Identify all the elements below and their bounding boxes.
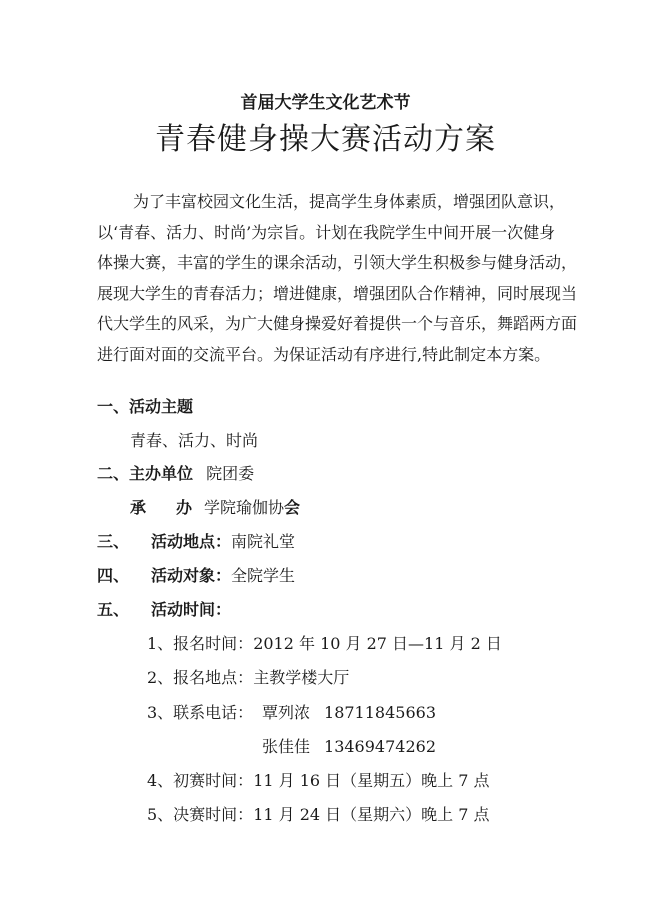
section-heading: 活动时间： xyxy=(151,600,231,619)
co-organizer-label-2: 办 xyxy=(176,498,192,517)
time-item-contact: 3、联系电话： xyxy=(147,702,253,724)
time-item-registration-time: 1、报名时间：2012 年 10 月 27 日—11 月 2 日 xyxy=(147,633,502,655)
intro-line: 为了丰富校园文化生活，提高学生身体素质，增强团队意识， xyxy=(97,187,567,218)
contact-phone: 13469474262 xyxy=(324,737,436,756)
venue-value: 南院礼堂 xyxy=(231,532,295,551)
contact-phone: 18711845663 xyxy=(324,703,436,722)
section-venue: 三、活动地点：南院礼堂 xyxy=(97,531,295,553)
section-time: 五、活动时间： xyxy=(97,599,231,621)
section-heading: 活动地点： xyxy=(151,532,231,551)
section-number: 二、 xyxy=(97,464,129,483)
intro-line: 以‘青春、活力、时尚’为宗旨。计划在我院学生中间开展一次健身 xyxy=(97,218,567,249)
item-label: 5、决赛时间： xyxy=(147,805,253,824)
co-organizer-value-last: 会 xyxy=(284,498,300,517)
section-number: 三、 xyxy=(97,532,129,551)
section-number: 五、 xyxy=(97,600,129,619)
section-theme-content: 青春、活力、时尚 xyxy=(130,430,258,452)
co-organizer-label-1: 承 xyxy=(130,498,146,517)
document-subtitle: 首届大学生文化艺术节 xyxy=(0,88,651,113)
item-label: 2、报名地点： xyxy=(147,668,253,687)
item-label: 4、初赛时间： xyxy=(147,771,253,790)
contact-name: 覃列浓 xyxy=(262,703,310,722)
time-item-final: 5、决赛时间：11 月 24 日（星期六）晚上 7 点 xyxy=(147,804,490,826)
contact-name: 张佳佳 xyxy=(262,737,310,756)
item-label: 1、报名时间： xyxy=(147,634,253,653)
section-organizer: 二、主办单位 院团委 xyxy=(97,463,254,485)
item-value: 11 月 24 日（星期六）晚上 7 点 xyxy=(253,805,489,824)
item-value: 2012 年 10 月 27 日—11 月 2 日 xyxy=(253,634,502,653)
time-item-registration-place: 2、报名地点：主教学楼大厅 xyxy=(147,667,349,689)
intro-line: 进行面对面的交流平台。为保证活动有序进行,特此制定本方案。 xyxy=(97,340,567,371)
intro-line: 体操大赛，丰富的学生的课余活动，引领大学生积极参与健身活动， xyxy=(97,248,567,279)
organizer-value: 院团委 xyxy=(206,464,254,483)
section-heading: 主办单位 xyxy=(129,464,193,483)
co-organizer-value: 学院瑜伽协 xyxy=(204,498,284,517)
contact-2: 张佳佳13469474262 xyxy=(262,736,436,758)
contact-1: 覃列浓18711845663 xyxy=(262,702,436,724)
intro-paragraph: 为了丰富校园文化生活，提高学生身体素质，增强团队意识， 以‘青春、活力、时尚’为… xyxy=(97,187,567,370)
item-value: 11 月 16 日（星期五）晚上 7 点 xyxy=(253,771,489,790)
section-heading: 活动对象： xyxy=(151,566,231,585)
document-title: 青春健身操大赛活动方案 xyxy=(0,114,651,158)
section-audience: 四、活动对象：全院学生 xyxy=(97,565,295,587)
section-theme-heading: 一、活动主题 xyxy=(97,396,193,418)
item-value: 主教学楼大厅 xyxy=(253,668,349,687)
time-item-preliminary: 4、初赛时间：11 月 16 日（星期五）晚上 7 点 xyxy=(147,770,490,792)
section-co-organizer: 承办学院瑜伽协会 xyxy=(130,497,300,519)
section-heading: 活动主题 xyxy=(129,397,193,416)
section-number: 四、 xyxy=(97,566,129,585)
audience-value: 全院学生 xyxy=(231,566,295,585)
intro-line: 代大学生的风采，为广大健身操爱好着提供一个与音乐，舞蹈两方面 xyxy=(97,309,567,340)
intro-line: 展现大学生的青春活力；增进健康，增强团队合作精神，同时展现当 xyxy=(97,279,567,310)
section-number: 一、 xyxy=(97,397,129,416)
item-label: 3、联系电话： xyxy=(147,703,253,722)
